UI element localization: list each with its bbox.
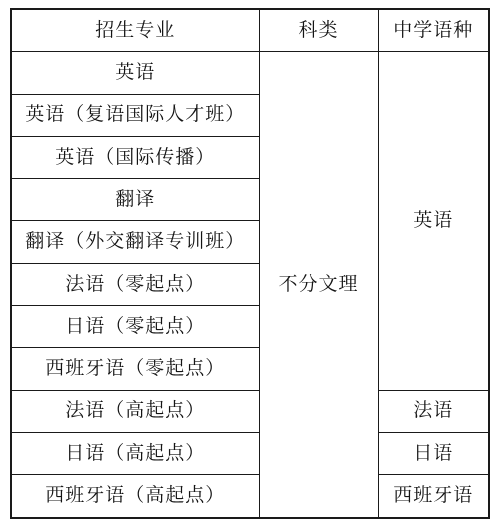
major-cell: 英语（复语国际人才班） [11, 94, 259, 136]
major-cell: 日语（高起点） [11, 432, 259, 474]
table-row: 西班牙语（高起点） 西班牙语 [11, 475, 489, 518]
col-header-category: 科类 [259, 9, 378, 52]
school-language-cell: 法语 [378, 390, 489, 432]
major-cell: 法语（零起点） [11, 263, 259, 305]
table-row: 日语（高起点） 日语 [11, 432, 489, 474]
category-cell: 不分文理 [259, 52, 378, 518]
major-cell: 法语（高起点） [11, 390, 259, 432]
major-cell: 日语（零起点） [11, 306, 259, 348]
school-language-cell: 西班牙语 [378, 475, 489, 518]
table-row: 法语（高起点） 法语 [11, 390, 489, 432]
major-cell: 英语 [11, 52, 259, 94]
school-language-cell: 日语 [378, 432, 489, 474]
admissions-table: 招生专业 科类 中学语种 英语 不分文理 英语 英语（复语国际人才班） 英语（国… [10, 8, 490, 519]
major-cell: 英语（国际传播） [11, 136, 259, 178]
col-header-major: 招生专业 [11, 9, 259, 52]
table-row: 英语 不分文理 英语 [11, 52, 489, 94]
major-cell: 翻译 [11, 179, 259, 221]
school-language-cell: 英语 [378, 52, 489, 390]
header-row: 招生专业 科类 中学语种 [11, 9, 489, 52]
major-cell: 翻译（外交翻译专训班） [11, 221, 259, 263]
major-cell: 西班牙语（零起点） [11, 348, 259, 390]
col-header-school-language: 中学语种 [378, 9, 489, 52]
major-cell: 西班牙语（高起点） [11, 475, 259, 518]
